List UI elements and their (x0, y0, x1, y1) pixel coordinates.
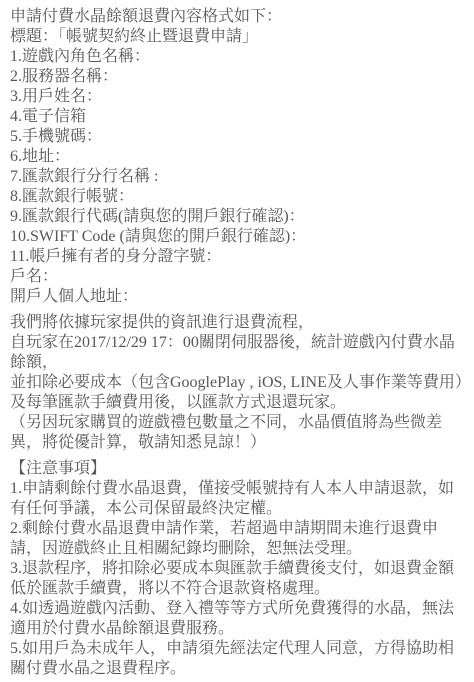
text-line: 我們將依據玩家提供的資訊進行退費流程， (10, 313, 465, 333)
text-line: 9.匯款銀行代碼(請與您的開戶銀行確認)： (10, 207, 465, 227)
text-line: 4.電子信箱 (10, 107, 465, 127)
text-line: 自玩家在2017/12/29 17：00關閉伺服器後，統計遊戲內付費水晶餘額， (10, 333, 465, 373)
text-line: 7.匯款銀行分行名稱 : (10, 167, 465, 187)
refund-format-section: 申請付費水晶餘額退費內容格式如下：標題：「帳號契約終止暨退費申請」1.遊戲內角色… (10, 7, 465, 307)
text-line: 戶名： (10, 267, 465, 287)
text-line: 【注意事項】 (10, 459, 465, 479)
text-line: 2.剩餘付費水晶退費申請作業，若超過申請期間未進行退費申請，因遊戲終止且相關紀錄… (10, 519, 465, 559)
text-line: 10.SWIFT Code (請與您的開戶銀行確認)： (10, 227, 465, 247)
text-line: 1.遊戲內角色名稱： (10, 47, 465, 67)
text-line: 及每筆匯款手續費用後，以匯款方式退還玩家。 (10, 393, 465, 413)
text-line: 申請付費水晶餘額退費內容格式如下： (10, 7, 465, 27)
text-line: 5.手機號碼： (10, 127, 465, 147)
text-line: 標題：「帳號契約終止暨退費申請」 (10, 27, 465, 47)
text-line: （另因玩家購買的遊戲禮包數量之不同，水晶價值將為些微差異，將從優計算，敬請知悉見… (10, 413, 465, 453)
text-line: 5.如用戶為未成年人，申請須先經法定代理人同意，方得協助相關付費水晶之退費程序。 (10, 639, 465, 679)
text-line: 3.退款程序，將扣除必要成本與匯款手續費後支付，如退費金額低於匯款手續費，將以不… (10, 559, 465, 599)
text-line: 3.用戶姓名： (10, 87, 465, 107)
text-line: 1.申請剩餘付費水晶退費，僅接受帳號持有人本人申請退款，如有任何爭議，本公司保留… (10, 479, 465, 519)
text-line: 2.服務器名稱： (10, 67, 465, 87)
text-line: 8.匯款銀行帳號： (10, 187, 465, 207)
refund-process-section: 我們將依據玩家提供的資訊進行退費流程，自玩家在2017/12/29 17：00關… (10, 313, 465, 453)
refund-notice-document: 申請付費水晶餘額退費內容格式如下：標題：「帳號契約終止暨退費申請」1.遊戲內角色… (0, 0, 474, 679)
text-line: 11.帳戶擁有者的身分證字號： (10, 247, 465, 267)
text-line: 4.如透過遊戲內活動、登入禮等等方式所免費獲得的水晶，無法適用於付費水晶餘額退費… (10, 599, 465, 639)
notice-section: 【注意事項】1.申請剩餘付費水晶退費，僅接受帳號持有人本人申請退款，如有任何爭議… (10, 459, 465, 679)
text-line: 6.地址： (10, 147, 465, 167)
text-line: 開戶人個人地址： (10, 287, 465, 307)
text-line: 並扣除必要成本（包含GooglePlay , iOS, LINE及人事作業等費用… (10, 373, 465, 393)
